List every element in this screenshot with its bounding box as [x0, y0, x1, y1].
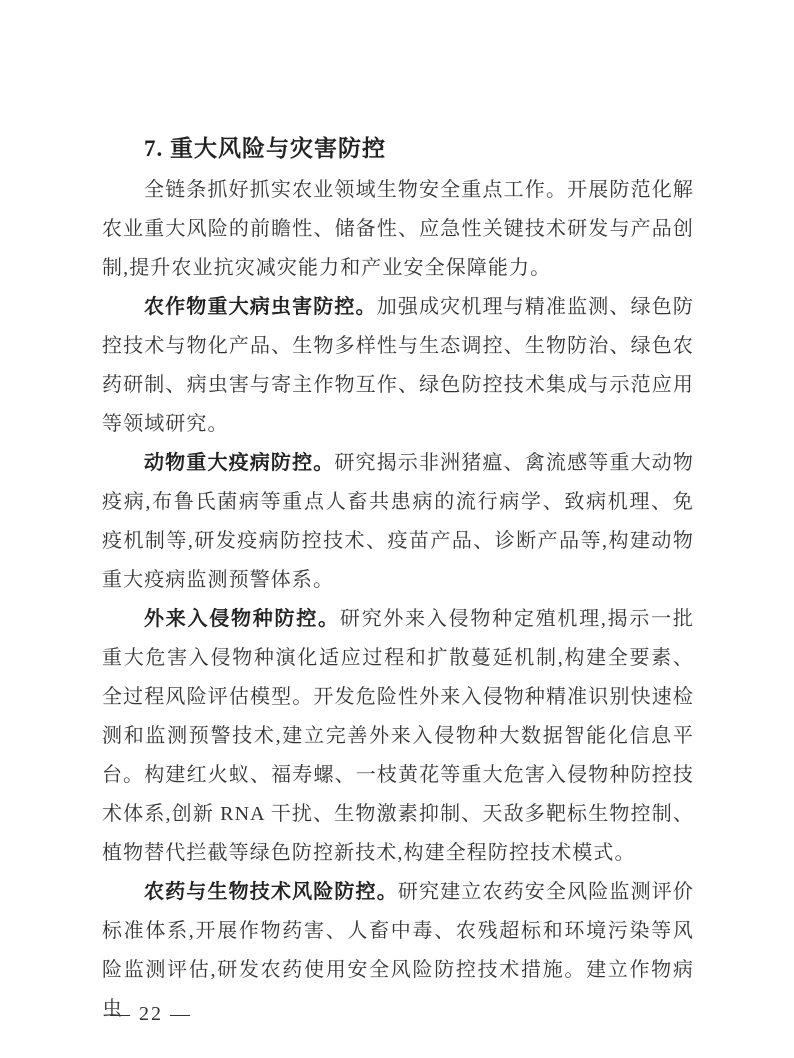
- page-number: — 22 —: [110, 1003, 192, 1026]
- paragraph-overview: 全链条抓好抓实农业领域生物安全重点工作。开展防范化解农业重大风险的前瞻性、储备性…: [102, 171, 694, 288]
- paragraph-invasive-species-control-lead: 外来入侵物种防控。: [144, 608, 340, 630]
- paragraph-animal-disease-control: 动物重大疫病防控。研究揭示非洲猪瘟、禽流感等重大动物疫病,布鲁氏菌病等重点人畜共…: [102, 444, 694, 600]
- paragraph-crop-pest-control: 农作物重大病虫害防控。加强成灾机理与精准监测、绿色防控技术与物化产品、生物多样性…: [102, 288, 694, 444]
- paragraph-pesticide-biotech-risk-lead: 农药与生物技术风险防控。: [144, 881, 398, 903]
- section-heading: 7. 重大风险与灾害防控: [144, 126, 694, 171]
- document-body: 7. 重大风险与灾害防控 全链条抓好抓实农业领域生物安全重点工作。开展防范化解农…: [102, 126, 694, 1029]
- paragraph-overview-text: 全链条抓好抓实农业领域生物安全重点工作。开展防范化解农业重大风险的前瞻性、储备性…: [102, 179, 694, 279]
- paragraph-invasive-species-control-text: 研究外来入侵物种定殖机理,揭示一批重大危害入侵物种演化适应过程和扩散蔓延机制,构…: [102, 608, 694, 864]
- paragraph-animal-disease-control-lead: 动物重大疫病防控。: [144, 452, 334, 474]
- paragraph-crop-pest-control-lead: 农作物重大病虫害防控。: [144, 296, 377, 318]
- paragraph-invasive-species-control: 外来入侵物种防控。研究外来入侵物种定殖机理,揭示一批重大危害入侵物种演化适应过程…: [102, 600, 694, 873]
- document-page: 7. 重大风险与灾害防控 全链条抓好抓实农业领域生物安全重点工作。开展防范化解农…: [0, 0, 794, 1058]
